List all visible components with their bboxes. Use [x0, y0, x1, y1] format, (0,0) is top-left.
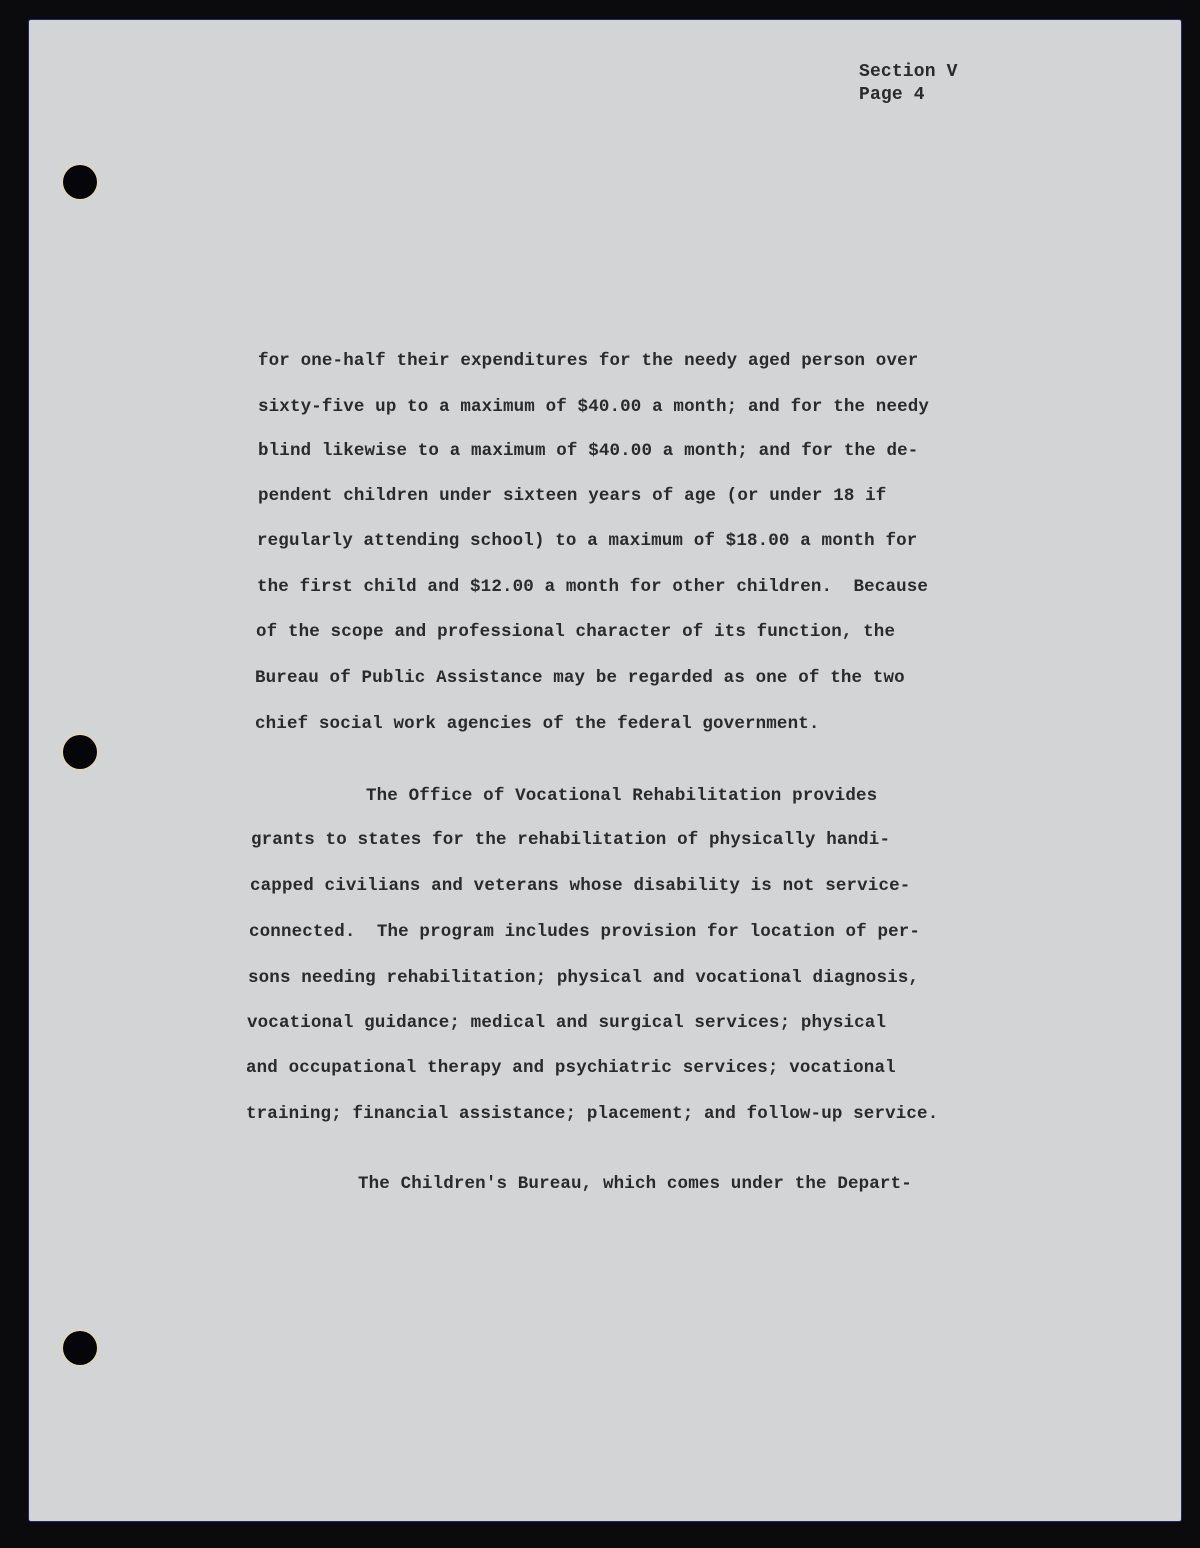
text-line: sons needing rehabilitation; physical an…: [248, 955, 919, 1001]
text-line: regularly attending school) to a maximum…: [257, 518, 917, 564]
document-page: Section V Page 4 for one-half their expe…: [29, 20, 1181, 1521]
punch-hole-middle: [63, 735, 97, 769]
text-line: Bureau of Public Assistance may be regar…: [255, 655, 905, 701]
text-line: for one-half their expenditures for the …: [258, 338, 918, 384]
page-header-section: Section V: [859, 60, 958, 84]
text-line: grants to states for the rehabilitation …: [251, 817, 890, 863]
text-line: vocational guidance; medical and surgica…: [247, 1000, 886, 1046]
page-header-page-number: Page 4: [859, 83, 925, 107]
text-line: blind likewise to a maximum of $40.00 a …: [258, 428, 918, 474]
punch-hole-bottom: [63, 1331, 97, 1365]
text-line: pendent children under sixteen years of …: [258, 473, 886, 519]
text-line: sixty-five up to a maximum of $40.00 a m…: [258, 384, 929, 430]
text-line: and occupational therapy and psychiatric…: [246, 1045, 896, 1091]
text-line: The Children's Bureau, which comes under…: [358, 1161, 912, 1207]
text-line: training; financial assistance; placemen…: [246, 1091, 938, 1137]
punch-hole-top: [63, 165, 97, 199]
text-line: The Office of Vocational Rehabilitation …: [366, 773, 877, 819]
text-line: of the scope and professional character …: [256, 609, 895, 655]
text-line: capped civilians and veterans whose disa…: [250, 863, 910, 909]
text-line: the first child and $12.00 a month for o…: [257, 564, 928, 610]
text-line: chief social work agencies of the federa…: [255, 701, 820, 747]
text-line: connected. The program includes provisio…: [249, 909, 920, 955]
